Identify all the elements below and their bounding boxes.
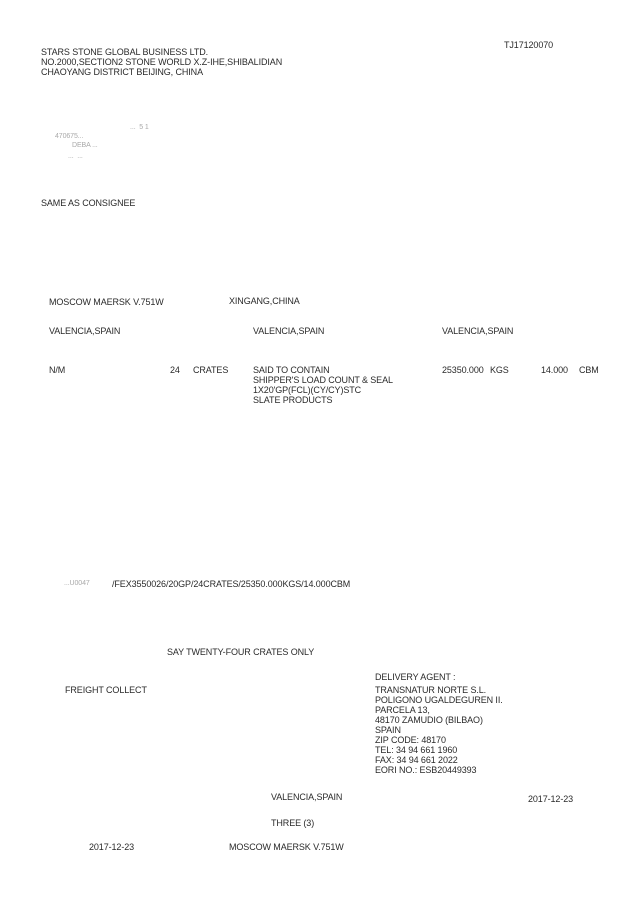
delivery-agent-line-9: EORI NO.: ESB20449393 [375,765,476,775]
cargo-weight-unit: KGS [490,365,509,375]
container-line: /FEX3550026/20GP/24CRATES/25350.000KGS/1… [112,579,350,589]
cargo-description-3: 1X20'GP(FCL)(CY/CY)STC [253,385,361,395]
delivery-agent-line-7: TEL: 34 94 661 1960 [375,745,457,755]
cargo-package-type: CRATES [193,365,228,375]
place-of-delivery: VALENCIA,SPAIN [253,326,324,336]
date-of-issue: 2017-12-23 [528,794,573,804]
shipper-line-2: NO.2000,SECTION2 STONE WORLD X.Z-IHE,SHI… [41,57,282,67]
final-destination: VALENCIA,SPAIN [442,326,513,336]
delivery-agent-line-6: ZIP CODE: 48170 [375,735,446,745]
shipper-line-1: STARS STONE GLOBAL BUSINESS LTD. [41,47,208,57]
bl-number: TJ17120070 [504,40,553,50]
total-in-words: SAY TWENTY-FOUR CRATES ONLY [167,647,314,657]
cargo-description-2: SHIPPER'S LOAD COUNT & SEAL [253,375,393,385]
shipper-line-3: CHAOYANG DISTRICT BEIJING, CHINA [41,67,203,77]
number-of-originals: THREE (3) [271,818,314,828]
cargo-measurement: 14.000 [541,365,568,375]
container-prefix: ...U0047 [64,579,90,589]
delivery-agent-label: DELIVERY AGENT : [375,672,455,682]
delivery-agent-line-5: SPAIN [375,725,401,735]
cargo-gross-weight: 25350.000 [442,365,484,375]
vessel-voyage: MOSCOW MAERSK V.751W [49,297,164,307]
port-of-loading: XINGANG,CHINA [229,296,300,306]
delivery-agent-line-8: FAX: 34 94 661 2022 [375,755,458,765]
cargo-quantity: 24 [170,365,180,375]
notify-party: SAME AS CONSIGNEE [41,198,135,208]
cargo-description-1: SAID TO CONTAIN [253,365,330,375]
consignee-redacted-4: ... ... [68,152,83,162]
delivery-agent-line-2: POLIGONO UGALDEGUREN II. [375,695,503,705]
delivery-agent-line-3: PARCELA 13, [375,705,430,715]
cargo-measurement-unit: CBM [579,365,599,375]
shipped-on-board-date: 2017-12-23 [89,842,134,852]
place-of-issue: VALENCIA,SPAIN [271,792,342,802]
delivery-agent-line-1: TRANSNATUR NORTE S.L. [375,685,486,695]
shipped-on-board-vessel: MOSCOW MAERSK V.751W [229,842,344,852]
delivery-agent-line-4: 48170 ZAMUDIO (BILBAO) [375,715,483,725]
cargo-marks: N/M [49,365,65,375]
freight-terms: FREIGHT COLLECT [65,685,147,695]
consignee-redacted-3: DEBA ... [72,141,98,151]
consignee-redacted-1: ... 5 1 [130,123,149,133]
cargo-description-4: SLATE PRODUCTS [253,395,332,405]
port-of-discharge: VALENCIA,SPAIN [49,326,120,336]
